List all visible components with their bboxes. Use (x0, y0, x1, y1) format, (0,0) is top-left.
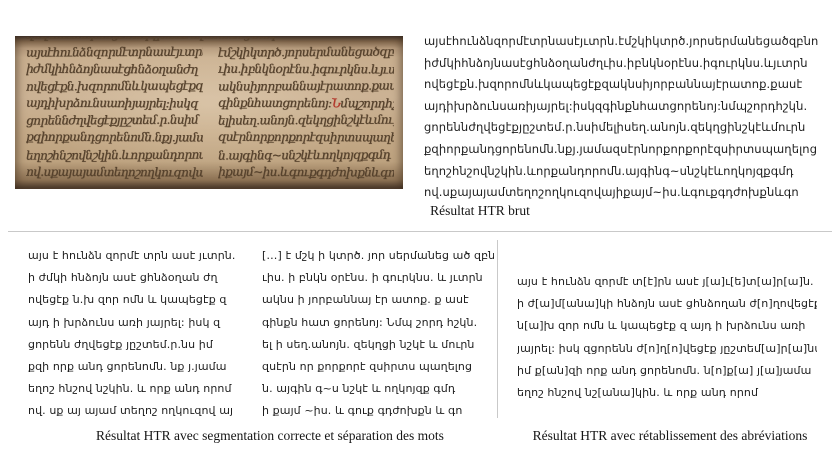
htr-segmented-line: ի քայմ ~իս. և գուք գդժոխքն և գո (262, 400, 494, 422)
htr-segmented-line: […] է մշկ ի կտրծ. յոր սերմանեց ած զբնո (262, 245, 494, 267)
manuscript-text: գինքնհատցորենոյ: (218, 96, 331, 110)
manuscript-text: մպշորդհշկն (340, 96, 394, 110)
htr-raw-line: եղոշհնշովնշկին.ևորքանդորոմն.այգինգ~սնշկէ… (424, 161, 836, 183)
caption-htr-segmented: Résultat HTR avec segmentation correcte … (55, 428, 485, 444)
htr-segmented-line: զսէրն որ քորքորէ զսիրտս պաղելոց (262, 356, 494, 378)
manuscript-columns: այսէհունձնզորմէտրնասէյւտրն· իժմկիհնձոյնա… (26, 44, 394, 181)
htr-segmented-line: ցորենն ժղվեցէք յըշտեմ.ր.նս իմ (28, 334, 256, 356)
manuscript-line: էմշկիկտրծ.յորսերմանեցածզբնո (218, 44, 395, 62)
vertical-divider (497, 240, 498, 418)
manuscript-line: իքայմ~իս.ևգուքգդժոխքնևգո (218, 163, 395, 180)
htr-segmented-line: ով. սք այ այամ տեղոշ ողկուզով այ (28, 400, 256, 422)
manuscript-line: զսէրնորքորքորէզսիրտսպաղելոց (218, 129, 395, 147)
manuscript-line: ւիս.իբնկնօրէնս.իգուրկնս.ևյւտրն (218, 61, 395, 79)
htr-segmented-line: ւիս. ի բնկն օրէնս. ի գուրկնս. և յւտրն (262, 267, 494, 289)
manuscript-line: ն.այգինգ~սնշկէևողկոյզքգմդ (218, 146, 395, 164)
manuscript-page: ղսզմոււոտրնեցէմակզրնուէսղմոտևեցմակ այսէհ… (15, 36, 403, 181)
htr-segmented-line: գինքն հատ ցորենոյ: Նմպ շորդ հշկն. (262, 312, 494, 334)
htr-segmented-line: եղոշ հնշով նշկին. և որք անդ որոմ (28, 378, 256, 400)
htr-results-figure: ղսզմոււոտրնեցէմակզրնուէսղմոտևեցմակ այսէհ… (0, 0, 840, 470)
htr-expanded-line: եղոշ հնշով նշ[անա]կին. և որք անդ որոմ (517, 382, 817, 404)
manuscript-line: եղոշհնշովնշկին.ևորքանդորոմ (26, 146, 203, 164)
htr-segmented-column-2: […] է մշկ ի կտրծ. յոր սերմանեց ած զբնո ւ… (262, 245, 494, 423)
horizontal-divider (8, 231, 832, 232)
manuscript-image: ղսզմոււոտրնեցէմակզրնուէսղմոտևեցմակ այսէհ… (15, 36, 403, 189)
htr-raw-line: այսէհունձնզորմէտրնասէյւտրն.էմշկիկտրծ.յոր… (424, 31, 836, 53)
manuscript-line: ակնսիյորբաննայէրատոք.քասէ (218, 78, 395, 96)
htr-segmented-line: այդ ի խրձունս առի յայրել: իսկ զ (28, 312, 256, 334)
manuscript-right-column: էմշկիկտրծ.յորսերմանեցածզբնո ւիս.իբնկնօրէ… (218, 44, 395, 181)
htr-raw-line: ցորեննժղվեցէքյըշտեմ.ր.նսիմելիսեղ.անոյն.զ… (424, 117, 836, 139)
htr-raw-line: քզիորքանդցորենոմն.նքյ.յամազսէրնորքորքորէ… (424, 139, 836, 161)
caption-htr-raw: Résultat HTR brut (390, 203, 570, 219)
manuscript-left-column: այսէհունձնզորմէտրնասէյւտրն· իժմկիհնձոյնա… (26, 44, 203, 181)
htr-segmented-line: ի ժմկի հնձոյն ասէ ցհնձօղան ժղ (28, 267, 256, 289)
rubric-initial: Ն (331, 96, 340, 110)
htr-segmented-line: ել ի սեղ.անոյն. զեկղցի նշկէ և մուրն (262, 334, 494, 356)
htr-expanded-line: իմ ք[ան]զի որք անդ ցորենոմն. ն[ո]ք[ա] յ[… (517, 360, 817, 382)
htr-raw-text-block: այսէհունձնզորմէտրնասէյւտրն.էմշկիկտրծ.յոր… (424, 31, 836, 204)
htr-expanded-line: յայրել: իսկ զցորենն ժ[ո]ղ[ո]վեցէք յըշտեմ… (517, 338, 817, 360)
htr-expanded-line: ի ժ[ա]մ[անա]կի հնձոյն ասէ ցհնձողան ժ[ո]ղ… (517, 293, 817, 315)
manuscript-line: ղսզմոււոտրնեցէմակզրնուէսղմոտևեցմակ (26, 37, 394, 43)
manuscript-line: ովեցէքն.խզորոմնևկապեցէքզ (26, 78, 203, 96)
htr-raw-line: ով.սքայայամտեղոշողկուզովայիքայմ~իս.ևգուք… (424, 182, 836, 204)
htr-raw-line: ովեցէքն.խզորոմնևկապեցէքզակնսիյորբաննայէր… (424, 74, 836, 96)
htr-expanded-line: ն[ա]խ զոր ոմն և կապեցէք զ այդ ի խրձունս … (517, 315, 817, 337)
manuscript-line: քզիորքանդցորենոմն.նքյ.յամա (26, 129, 203, 147)
manuscript-line: այդիխրձունսառիյայրել:իսկզ (26, 95, 203, 113)
manuscript-line: գինքնհատցորենոյ:Նմպշորդհշկն (218, 95, 395, 113)
htr-segmented-line: ն. այգին գ~ս նշկէ և ողկոյզք գմդ (262, 378, 494, 400)
manuscript-line: այսէհունձնզորմէտրնասէյւտրն· (26, 44, 203, 62)
htr-segmented-line: ովեցէք ն.խ զոր ոմն և կապեցէք զ (28, 289, 256, 311)
manuscript-line: ով.սքայայամտեղոշողկուզովայ (26, 163, 203, 180)
manuscript-line: ցորեննժղվեցէքյըշտեմ.ր.նսիմ (26, 112, 203, 130)
caption-htr-expanded: Résultat HTR avec rétablissement des abr… (510, 428, 830, 444)
manuscript-line: ելիսեղ.անոյն.զեկղցինշկէևմուրն (218, 112, 395, 130)
manuscript-line: իժմկիհնձոյնասէցհնձօղանժղ (26, 61, 203, 79)
htr-raw-line: այդիխրձունսառիյայրել:իսկզգինքնհատցորենոյ… (424, 96, 836, 118)
htr-segmented-line: այս է հունձն զորմէ տրն ասէ յւտրն. (28, 245, 256, 267)
htr-segmented-line: ակնս ի յորբաննայ էր ատոք. ք ասէ (262, 289, 494, 311)
htr-segmented-line: քզի որք անդ ցորենոմն. նք յ.յամա (28, 356, 256, 378)
htr-expanded-line: այս է հունձն զորմէ տ[է]րն ասէ յ[ա]ւ[ե]տ[… (517, 271, 817, 293)
htr-segmented-column-1: այս է հունձն զորմէ տրն ասէ յւտրն. ի ժմկի… (28, 245, 256, 423)
htr-expanded-column: այս է հունձն զորմէ տ[է]րն ասէ յ[ա]ւ[ե]տ[… (517, 271, 817, 404)
htr-raw-line: իժմկիհնձոյնասէցհնձօղանժղւիս.իբնկնօրէնս.ի… (424, 53, 836, 75)
